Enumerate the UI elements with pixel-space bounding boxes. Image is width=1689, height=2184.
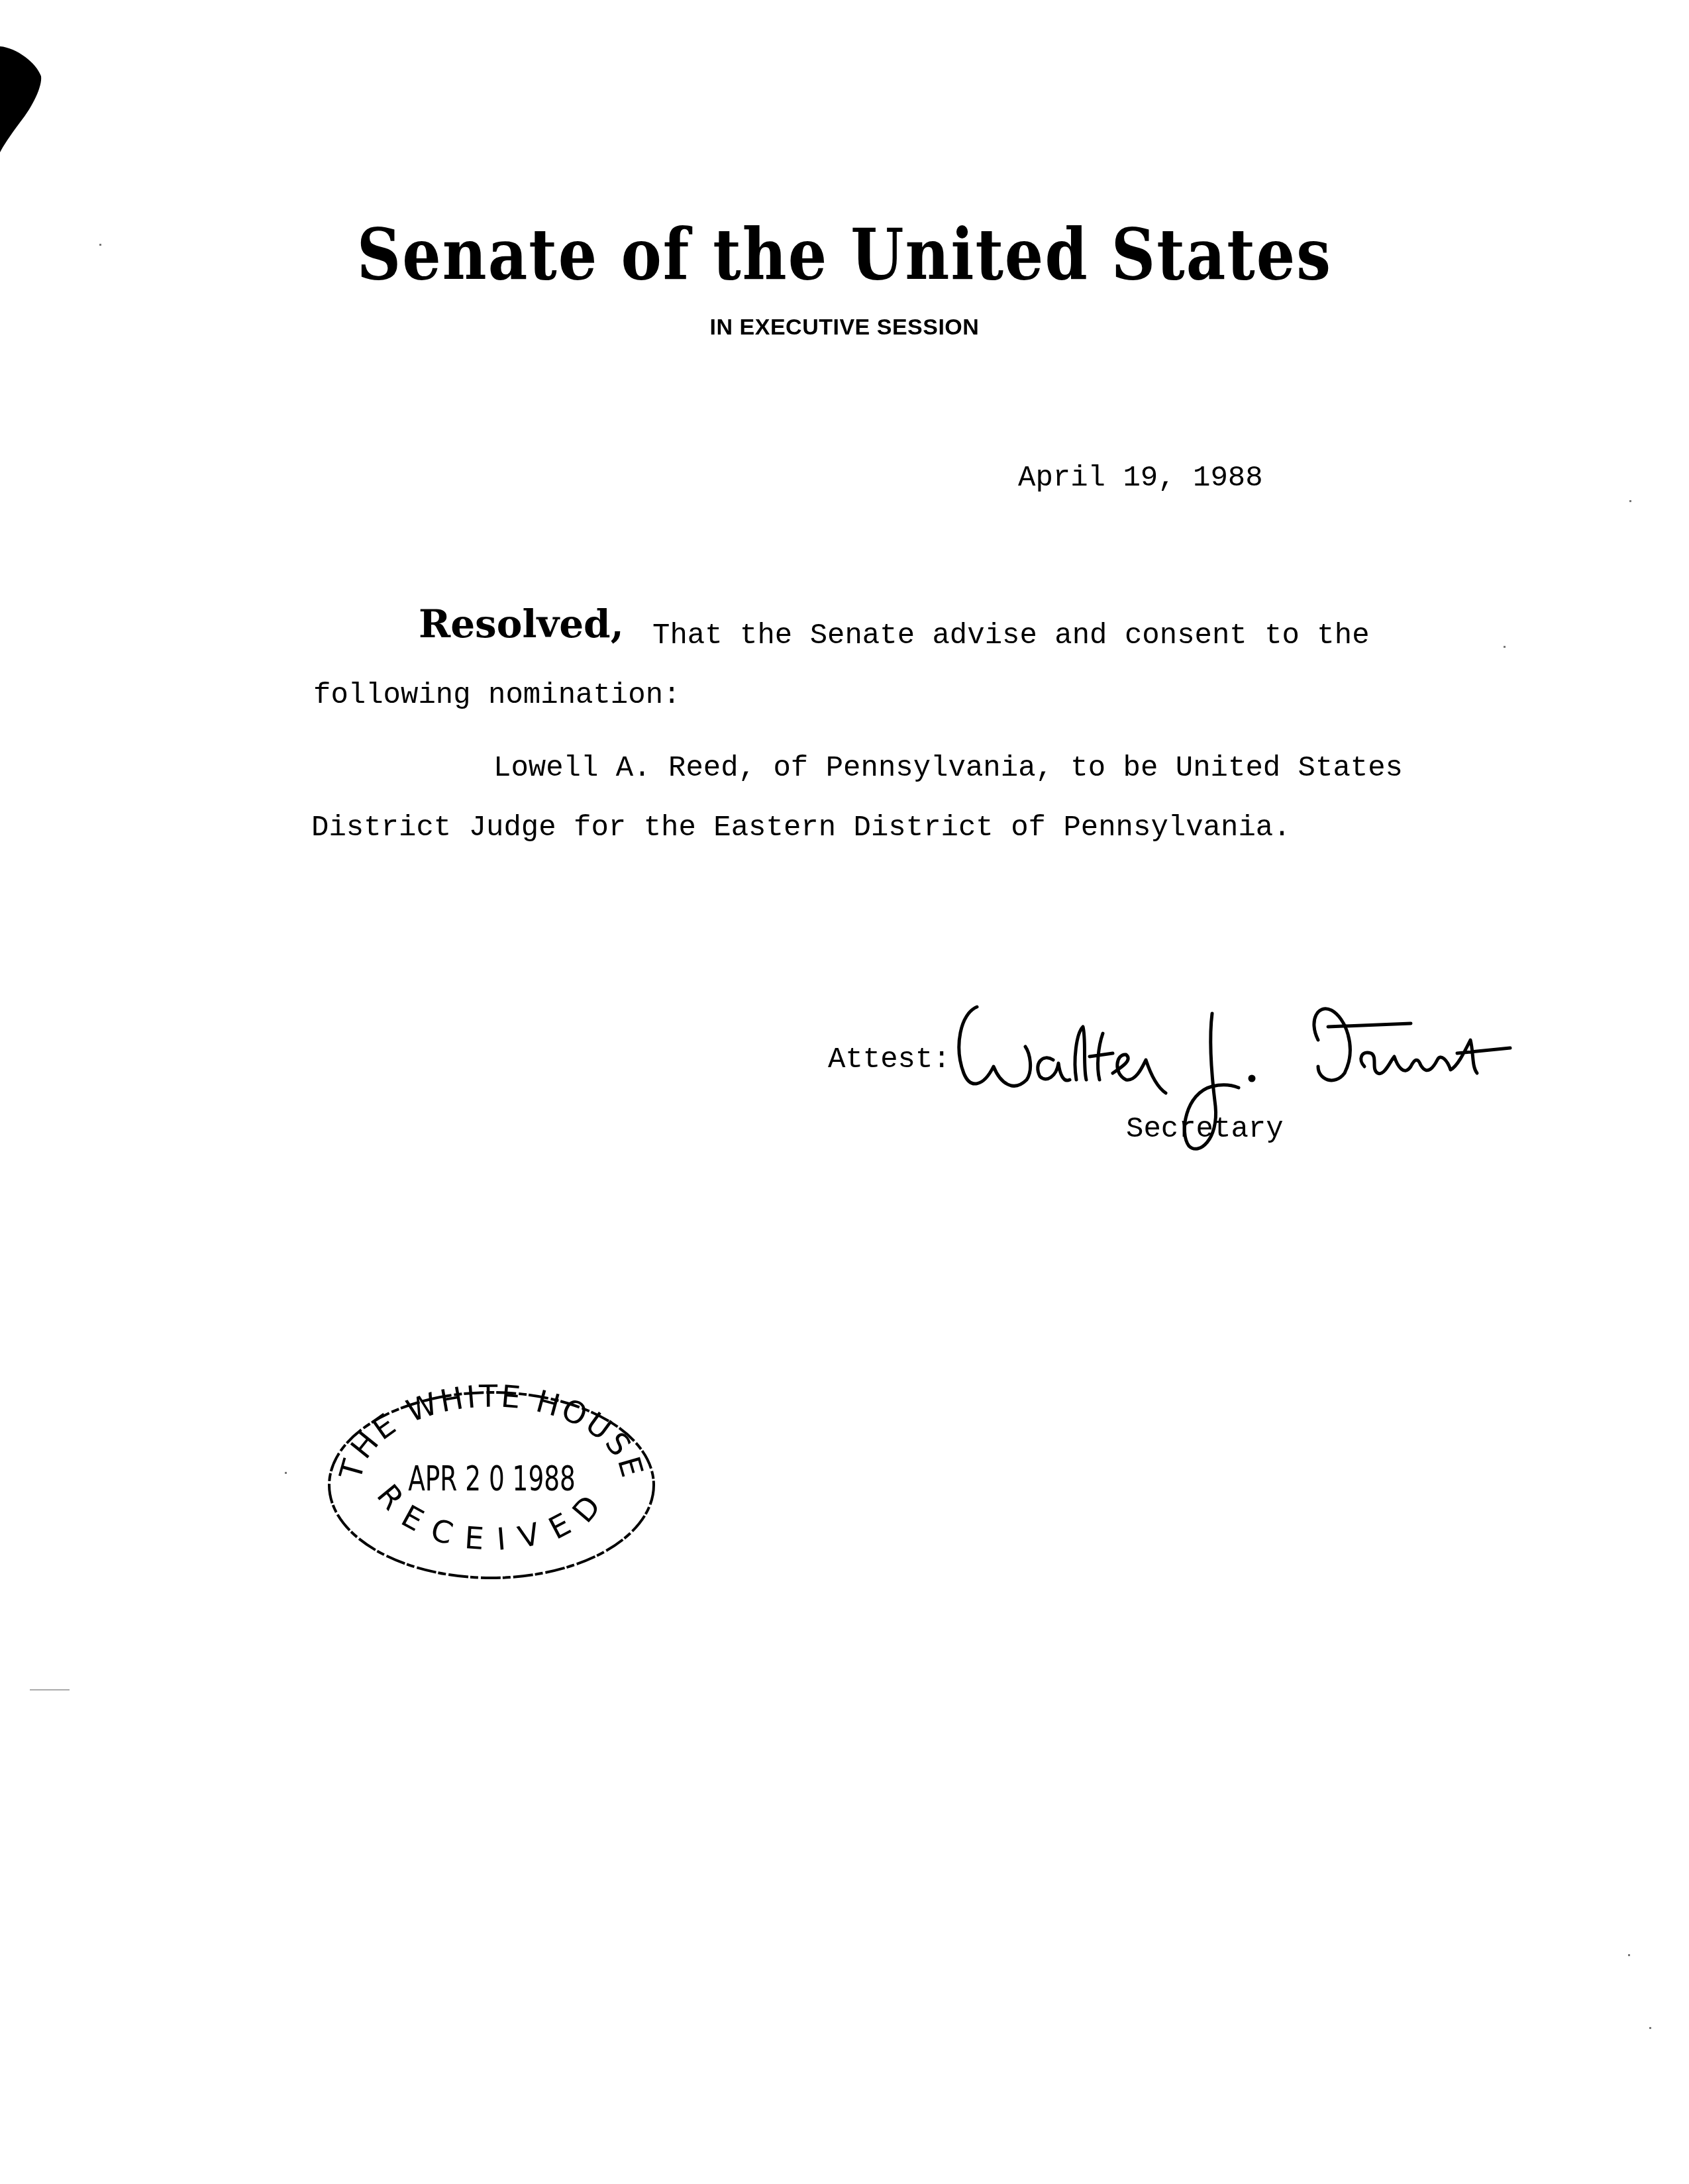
scan-speck: [30, 1689, 70, 1690]
attest-label: Attest:: [828, 1043, 950, 1076]
document-date: April 19, 1988: [1018, 462, 1263, 495]
nomination-line-2: District Judge for the Eastern District …: [311, 811, 1291, 845]
resolution-line-1: That the Senate advise and consent to th…: [652, 619, 1370, 652]
nomination-line-1: Lowell A. Reed, of Pennsylvania, to be U…: [493, 752, 1403, 785]
resolved-word: Resolved,: [419, 601, 624, 647]
document-title: Senate of the United States: [0, 213, 1689, 295]
resolution-line-2: following nomination:: [313, 679, 681, 712]
stamp-date: APR 2 0 1988: [358, 1459, 626, 1499]
scan-speck: [1629, 500, 1631, 502]
scan-speck: [1504, 646, 1506, 648]
white-house-received-stamp: THE WHITE HOUSE RECEIVED APR 2 0 1988: [325, 1384, 659, 1586]
scan-speck: [285, 1472, 287, 1474]
session-subtitle: IN EXECUTIVE SESSION: [0, 315, 1689, 340]
signatory-title: Secretary: [1126, 1113, 1284, 1146]
scan-speck: [1649, 2027, 1651, 2029]
document-page: Senate of the United States IN EXECUTIVE…: [0, 0, 1689, 2184]
scan-speck: [1628, 1954, 1630, 1956]
hole-punch-mark: [0, 46, 42, 152]
scan-speck: [99, 244, 101, 246]
